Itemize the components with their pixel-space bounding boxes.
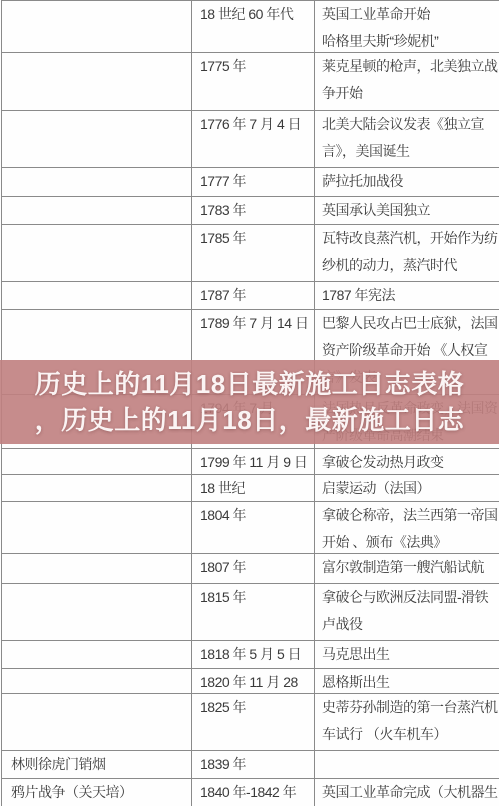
person-cell bbox=[2, 225, 192, 281]
banner-line: 历史上的11月18日最新施工日志表格 bbox=[35, 366, 464, 402]
date-cell: 1840 年-1842 年 bbox=[192, 779, 315, 806]
date-cell: 1818 年 5 月 5 日 bbox=[192, 641, 315, 668]
table-row: 1777 年萨拉托加战役 bbox=[2, 168, 499, 197]
date-cell: 1783 年 bbox=[192, 197, 315, 224]
event-line: 哈格里夫斯“珍妮机” bbox=[322, 28, 499, 52]
table-row: 1787 年1787 年宪法 bbox=[2, 282, 499, 310]
table-row: 1804 年拿破仑称帝，法兰西第一帝国开始 、颁布《法典》 bbox=[2, 502, 499, 554]
event-cell bbox=[315, 751, 499, 778]
person-cell bbox=[2, 111, 192, 167]
person-cell bbox=[2, 475, 192, 501]
event-line: 拿破仑与欧洲反法同盟-滑铁 bbox=[322, 584, 499, 611]
person-cell: 林则徐虎门销烟 bbox=[2, 751, 192, 778]
date-cell: 1787 年 bbox=[192, 282, 315, 309]
person-cell bbox=[2, 53, 192, 110]
event-cell: 英国工业革命完成（大机器生 bbox=[315, 779, 499, 806]
event-line: 瓦特改良蒸汽机，开始作为纺 bbox=[322, 225, 499, 252]
table-row: 18 世纪 60 年代英国工业革命开始哈格里夫斯“珍妮机” bbox=[2, 1, 499, 53]
table-row: 1807 年富尔敦制造第一艘汽船试航 bbox=[2, 554, 499, 584]
person-cell bbox=[2, 584, 192, 640]
date-cell: 1825 年 bbox=[192, 694, 315, 750]
table-row: 1776 年 7 月 4 日北美大陆会议发表《独立宣言》，美国诞生 bbox=[2, 111, 499, 168]
event-cell: 英国工业革命开始哈格里夫斯“珍妮机” bbox=[315, 1, 499, 52]
banner-line: ，历史上的11月18日，最新施工日志 bbox=[35, 402, 464, 438]
date-cell: 1777 年 bbox=[192, 168, 315, 196]
event-line: 英国工业革命完成（大机器生 bbox=[322, 779, 499, 806]
event-line: 1787 年宪法 bbox=[322, 282, 499, 309]
event-line: 北美大陆会议发表《独立宣 bbox=[322, 111, 499, 138]
person-cell bbox=[2, 669, 192, 693]
table-row: 18 世纪启蒙运动（法国） bbox=[2, 475, 499, 502]
person-cell bbox=[2, 449, 192, 474]
event-line: 车试行 （火车机车） bbox=[322, 721, 499, 748]
person-cell bbox=[2, 282, 192, 309]
person-cell: 鸦片战争（关天培） bbox=[2, 779, 192, 806]
table-row: 1783 年英国承认美国独立 bbox=[2, 197, 499, 225]
event-cell: 富尔敦制造第一艘汽船试航 bbox=[315, 554, 499, 583]
person-cell bbox=[2, 694, 192, 750]
event-cell: 拿破仑与欧洲反法同盟-滑铁卢战役 bbox=[315, 584, 499, 640]
event-cell: 拿破仑称帝，法兰西第一帝国开始 、颁布《法典》 bbox=[315, 502, 499, 553]
table-row: 1815 年拿破仑与欧洲反法同盟-滑铁卢战役 bbox=[2, 584, 499, 641]
event-line: 巴黎人民攻占巴士底狱，法国 bbox=[322, 310, 499, 337]
table-row: 1825 年史蒂芬孙制造的第一台蒸汽机车试行 （火车机车） bbox=[2, 694, 499, 751]
person-cell bbox=[2, 168, 192, 196]
table-row: 鸦片战争（关天培）1840 年-1842 年英国工业革命完成（大机器生 bbox=[2, 779, 499, 806]
event-cell: 马克思出生 bbox=[315, 641, 499, 668]
table-row: 1820 年 11 月 28 日恩格斯出生 bbox=[2, 669, 499, 694]
event-cell: 启蒙运动（法国） bbox=[315, 475, 499, 501]
date-cell: 18 世纪 60 年代 bbox=[192, 1, 315, 52]
event-cell: 史蒂芬孙制造的第一台蒸汽机车试行 （火车机车） bbox=[315, 694, 499, 750]
event-line: 史蒂芬孙制造的第一台蒸汽机 bbox=[322, 694, 499, 721]
event-cell: 1787 年宪法 bbox=[315, 282, 499, 309]
date-cell: 1799 年 11 月 9 日 bbox=[192, 449, 315, 474]
table-row: 林则徐虎门销烟1839 年 bbox=[2, 751, 499, 779]
event-line: 英国工业革命开始 bbox=[322, 1, 499, 28]
person-cell bbox=[2, 554, 192, 583]
event-cell: 莱克星顿的枪声，北美独立战争开始 bbox=[315, 53, 499, 110]
event-cell: 拿破仑发动热月政变 bbox=[315, 449, 499, 474]
person-cell bbox=[2, 197, 192, 224]
person-cell bbox=[2, 502, 192, 553]
event-line: 卢战役 bbox=[322, 611, 499, 638]
date-cell: 1839 年 bbox=[192, 751, 315, 778]
date-cell: 1775 年 bbox=[192, 53, 315, 110]
event-line: 恩格斯出生 bbox=[322, 669, 499, 693]
date-cell: 1820 年 11 月 28 日 bbox=[192, 669, 315, 693]
event-line: 争开始 bbox=[322, 80, 499, 107]
event-line: 富尔敦制造第一艘汽船试航 bbox=[322, 554, 499, 581]
date-cell: 1785 年 bbox=[192, 225, 315, 281]
event-line: 言》，美国诞生 bbox=[322, 138, 499, 165]
event-cell: 英国承认美国独立 bbox=[315, 197, 499, 224]
table-row: 1799 年 11 月 9 日拿破仑发动热月政变 bbox=[2, 449, 499, 475]
event-cell: 恩格斯出生 bbox=[315, 669, 499, 693]
event-line: 莱克星顿的枪声，北美独立战 bbox=[322, 53, 499, 80]
event-cell: 瓦特改良蒸汽机，开始作为纺纱机的动力，蒸汽时代 bbox=[315, 225, 499, 281]
date-cell: 1807 年 bbox=[192, 554, 315, 583]
watermark-banner: 历史上的11月18日最新施工日志表格 ，历史上的11月18日，最新施工日志 bbox=[0, 360, 499, 444]
event-line: 开始 、颁布《法典》 bbox=[322, 529, 499, 553]
event-line: 拿破仑称帝，法兰西第一帝国 bbox=[322, 502, 499, 529]
history-table-page: 18 世纪 60 年代英国工业革命开始哈格里夫斯“珍妮机”1775 年莱克星顿的… bbox=[0, 0, 499, 806]
person-cell bbox=[2, 641, 192, 668]
date-cell: 1776 年 7 月 4 日 bbox=[192, 111, 315, 167]
event-line: 萨拉托加战役 bbox=[322, 168, 499, 195]
event-cell: 北美大陆会议发表《独立宣言》，美国诞生 bbox=[315, 111, 499, 167]
event-line: 马克思出生 bbox=[322, 641, 499, 668]
event-line: 启蒙运动（法国） bbox=[322, 475, 499, 501]
date-cell: 1815 年 bbox=[192, 584, 315, 640]
event-line: 纱机的动力，蒸汽时代 bbox=[322, 252, 499, 279]
event-line: 英国承认美国独立 bbox=[322, 197, 499, 224]
table-row: 1818 年 5 月 5 日马克思出生 bbox=[2, 641, 499, 669]
event-line: 拿破仑发动热月政变 bbox=[322, 449, 499, 474]
date-cell: 1804 年 bbox=[192, 502, 315, 553]
event-cell: 萨拉托加战役 bbox=[315, 168, 499, 196]
table-row: 1775 年莱克星顿的枪声，北美独立战争开始 bbox=[2, 53, 499, 111]
person-cell bbox=[2, 1, 192, 52]
date-cell: 18 世纪 bbox=[192, 475, 315, 501]
table-row: 1785 年瓦特改良蒸汽机，开始作为纺纱机的动力，蒸汽时代 bbox=[2, 225, 499, 282]
